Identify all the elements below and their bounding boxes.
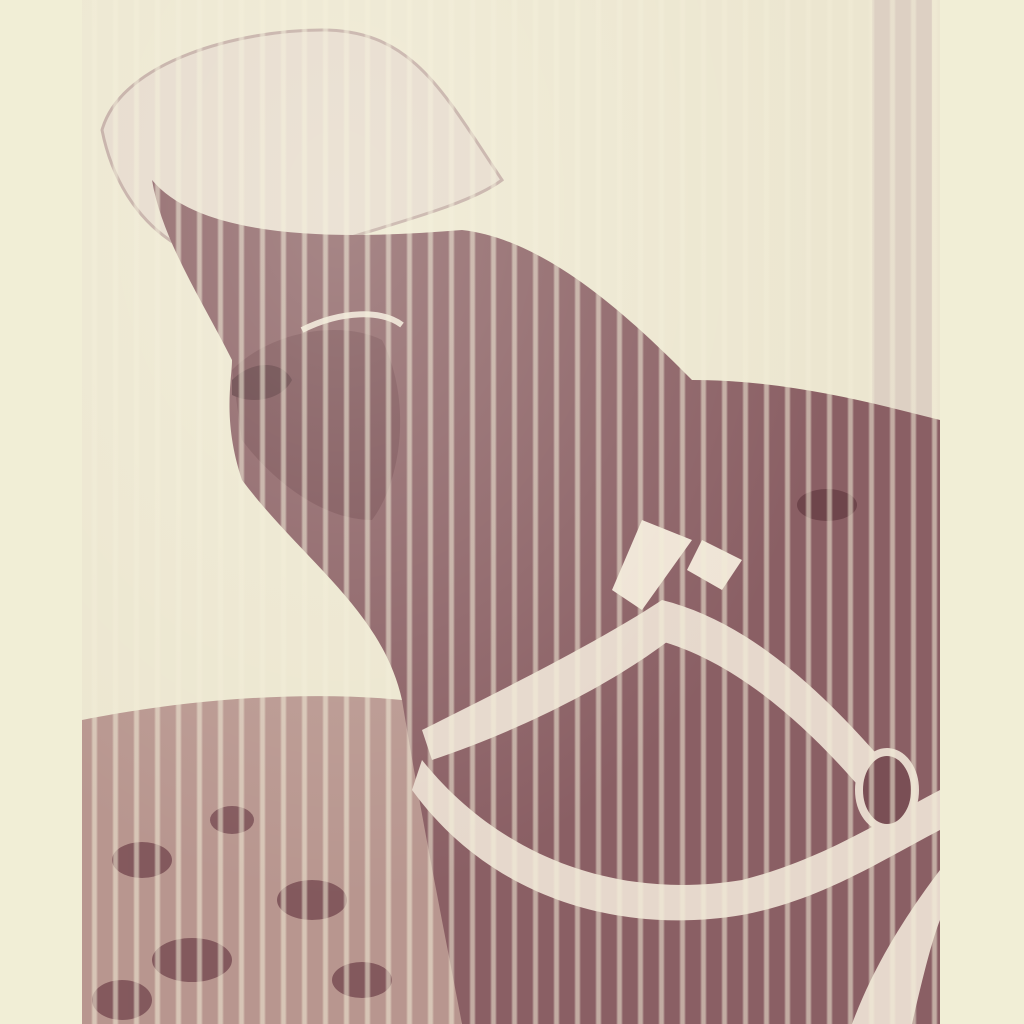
artwork-canvas [0, 0, 1024, 1024]
horse-illustration [82, 0, 940, 1024]
horse-print [82, 0, 940, 1024]
